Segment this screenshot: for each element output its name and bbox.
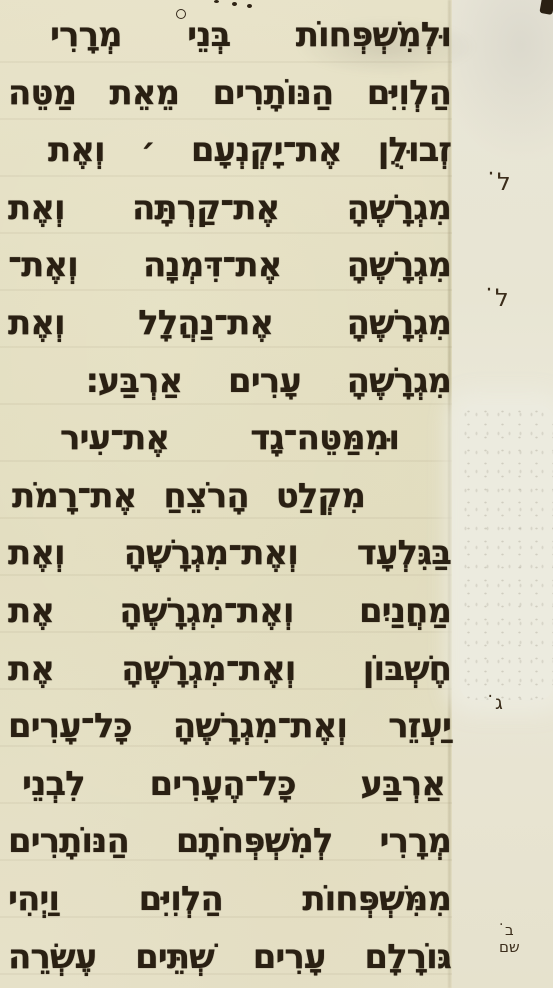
text-column: וּלְמִשְׁפְּחוֹת בְּנֵי מְרָרִי הַלְוִיִ…: [8, 7, 451, 986]
text-line: מִגְרָשֶׁהָ אֶת־קַרְתָּה וְאֶת: [8, 180, 451, 238]
text-line: מְרָרִי לְמִשְׁפְּחֹתָם הַנּוֹתָרִים: [8, 813, 451, 871]
text-line: מִגְרָשֶׁהָ אֶת־נַהֲלָל וְאֶת: [8, 295, 451, 353]
text-line: אַרְבַּע כָּל־הֶעָרִים לִבְנֵי: [22, 756, 445, 814]
text-line: גּוֹרָלָם עָרִים שְׁתֵּים עֶשְׂרֵה: [8, 929, 451, 987]
text-line: מִגְרָשֶׁהָ עָרִים אַרְבַּע׃: [86, 353, 451, 411]
text-line: יַעְזֵר וְאֶת־מִגְרָשֶׁהָ כָּל־עָרִים: [8, 698, 451, 756]
text-line: מִגְרָשֶׁהָ אֶת־דִּמְנָה וְאֶת־: [8, 237, 451, 295]
text-line: הַלְוִיִּם הַנּוֹתָרִים מֵאֵת מַטֵּה: [8, 65, 451, 123]
page: וּלְמִשְׁפְּחוֹת בְּנֵי מְרָרִי הַלְוִיִ…: [0, 0, 553, 988]
cutoff-vowel-dot: [214, 0, 219, 3]
corner-shade: [438, 0, 553, 160]
text-line: וּמִמַּטֵּה־גָד אֶת־עִיר: [60, 410, 399, 468]
text-line: זְבוּלֻן אֶת־יָקְנְעָם ׳ וְאֶת: [48, 122, 451, 180]
text-line: מִמִּשְׁפְּחוֹת הַלְוִיִּם וַיְהִי: [8, 871, 451, 929]
text-line: וּלְמִשְׁפְּחוֹת בְּנֵי מְרָרִי: [50, 7, 451, 65]
cutoff-vowel-dot: [232, 2, 237, 6]
masora-note: ג̇: [495, 692, 503, 714]
text-line: מַחֲנַיִם וְאֶת־מִגְרָשֶׁהָ אֶת: [8, 583, 451, 641]
text-line: מִקְלַט הָרֹצֵחַ אֶת־רָמֹת: [12, 468, 365, 526]
masora-note: ב̇ שם: [499, 922, 520, 956]
text-line: בַּגִּלְעָד וְאֶת־מִגְרָשֶׁהָ וְאֶת: [8, 525, 451, 583]
text-line: חֶשְׁבּוֹן וְאֶת־מִגְרָשֶׁהָ אֶת: [8, 641, 451, 699]
cutoff-glyph-fragment: [539, 0, 553, 15]
masora-note: ל̇: [497, 168, 511, 196]
masora-note: ל̇: [495, 284, 509, 312]
scraped-parchment-patch: [460, 405, 553, 700]
